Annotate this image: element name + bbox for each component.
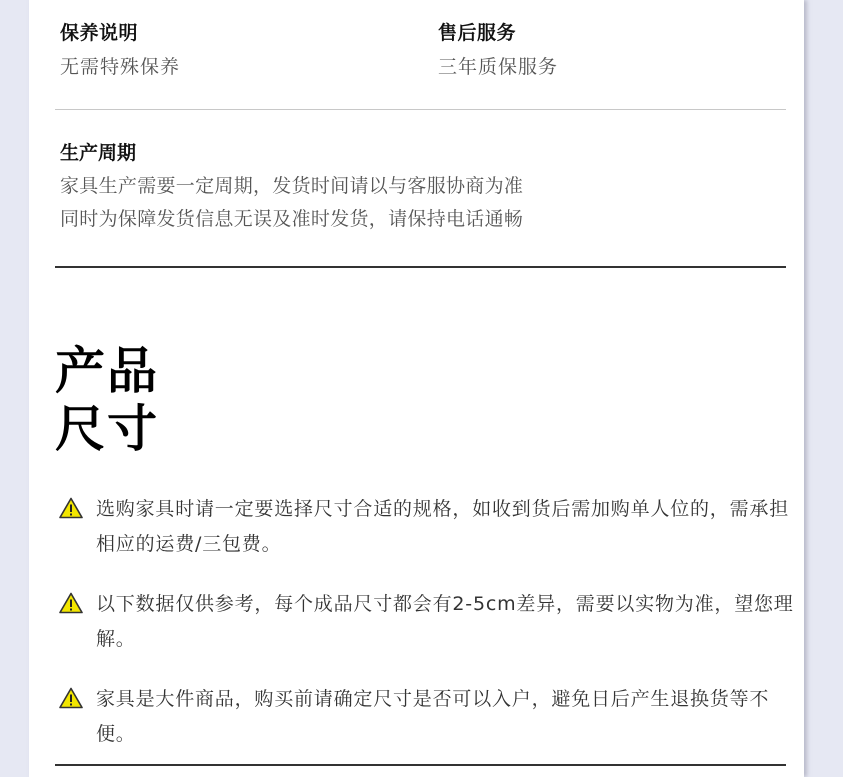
production-cycle-line: 同时为保障发货信息无误及准时发货，请保持电话通畅: [60, 203, 786, 236]
info-row: 保养说明 无需特殊保养 售后服务 三年质保服务: [60, 20, 786, 110]
divider: [55, 109, 786, 110]
maintenance-info: 保养说明 无需特殊保养: [60, 20, 180, 80]
after-sales-label: 售后服务: [438, 20, 558, 46]
maintenance-value: 无需特殊保养: [60, 54, 180, 80]
product-size-title: 产品 尺寸: [55, 342, 159, 458]
section-divider: [55, 764, 786, 766]
warning-icon: [59, 497, 83, 519]
size-notice: 家具是大件商品，购买前请确定尺寸是否可以入户，避免日后产生退换货等不便。: [55, 682, 795, 752]
after-sales-value: 三年质保服务: [438, 54, 558, 80]
maintenance-label: 保养说明: [60, 20, 180, 46]
section-divider: [55, 266, 786, 268]
notice-text: 以下数据仅供参考，每个成品尺寸都会有2-5cm差异，需要以实物为准，望您理解。: [96, 587, 795, 657]
warning-icon: [59, 592, 83, 614]
size-notice: 选购家具时请一定要选择尺寸合适的规格，如收到货后需加购单人位的，需承担相应的运费…: [55, 492, 795, 562]
product-detail-card: 保养说明 无需特殊保养 售后服务 三年质保服务 生产周期 家具生产需要一定周期，…: [29, 0, 804, 777]
title-line: 产品: [55, 342, 159, 400]
after-sales-info: 售后服务 三年质保服务: [438, 20, 558, 80]
production-cycle-line: 家具生产需要一定周期，发货时间请以与客服协商为准: [60, 170, 786, 203]
notice-text: 选购家具时请一定要选择尺寸合适的规格，如收到货后需加购单人位的，需承担相应的运费…: [96, 492, 795, 562]
notice-text: 家具是大件商品，购买前请确定尺寸是否可以入户，避免日后产生退换货等不便。: [96, 682, 795, 752]
production-cycle-title: 生产周期: [60, 140, 786, 166]
size-notice: 以下数据仅供参考，每个成品尺寸都会有2-5cm差异，需要以实物为准，望您理解。: [55, 587, 795, 657]
title-line: 尺寸: [55, 400, 159, 458]
warning-icon: [59, 687, 83, 709]
production-cycle: 生产周期 家具生产需要一定周期，发货时间请以与客服协商为准 同时为保障发货信息无…: [60, 140, 786, 236]
